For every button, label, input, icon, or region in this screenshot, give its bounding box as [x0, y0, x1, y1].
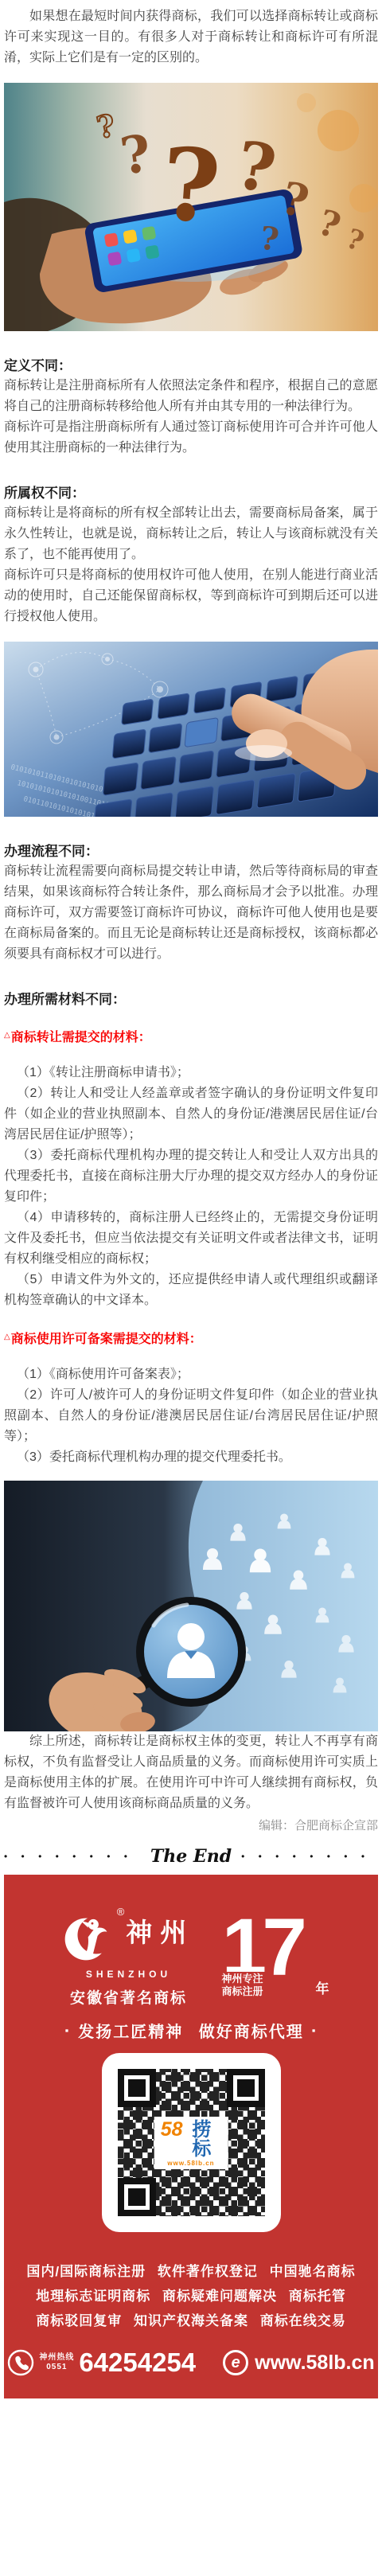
tagline-bullet-left: ▪: [65, 2025, 71, 2035]
conclusion-paragraph: 综上所述，商标转让是商标权主体的变更，转让人不再享有商标权，不负有监督受让人商品…: [4, 1731, 378, 1814]
intro-paragraph: 如果想在最短时间内获得商标，我们可以选择商标转让或商标许可来实现这一目的。有很多…: [4, 6, 378, 68]
materials-list-transfer: （1）《转让注册商标申请书》； （2）转让人和受让人经盖章或者签字确认的身份证明…: [4, 1063, 378, 1311]
hotline-number: 64254254: [79, 2348, 196, 2378]
divider-dots-left: • • • • • • • • • • • •: [4, 1851, 141, 1862]
materials-title-transfer-text: 商标转让需提交的材料：: [11, 1031, 151, 1044]
phone-icon: [7, 2349, 34, 2376]
magnifier-people-illustration: [4, 1481, 378, 1731]
section-heading-process: 办理流程不同：: [4, 842, 378, 861]
hotline-block: 神州热线 0551 64254254: [7, 2348, 196, 2378]
section-heading-ownership: 所属权不同：: [4, 484, 378, 503]
years-caption-line1: 神州专注: [222, 1973, 263, 1985]
footer-banner: ® 神州 SHENZHOU 安徽省著名商标 17 神州专注 商标注册 年 ▪ 发…: [4, 1875, 378, 2398]
services-line-1: 国内/国际商标注册 软件著作权登记 中国驰名商标: [4, 2259, 378, 2284]
list-item: （5）申请文件为外文的，还应提供经申请人或代理组织或翻译机构签章确认的中文译本。: [4, 1270, 378, 1311]
hotline-area-code: 0551: [39, 2363, 74, 2372]
paragraph-ownership-license: 商标许可只是将商标的使用权许可他人使用，在别人能进行商业活动的使用时，自己还能保…: [4, 565, 378, 627]
editor-byline: 编辑：合肥商标企宣部: [4, 1817, 378, 1835]
question-marks-illustration: ? ? ? ? ? ? ? ?: [4, 83, 378, 331]
qr-finder-top-left: [118, 2069, 156, 2107]
paragraph-definition-transfer: 商标转让是注册商标所有人依照法定条件和程序，根据自己的意愿将自己的注册商标转移给…: [4, 376, 378, 417]
qr-logo-url: www.58lb.cn: [161, 2160, 222, 2167]
triangle-marker-icon: △: [4, 1031, 10, 1040]
list-item: （2）转让人和受让人经盖章或者签字确认的身份证明文件复印件（如企业的营业执照副本…: [4, 1083, 378, 1146]
qr-center-logo: 58 捞标 www.58lb.cn: [154, 2117, 228, 2169]
the-end-label: The End: [150, 1846, 232, 1867]
materials-title-license: △商标使用许可备案需提交的材料：: [4, 1327, 378, 1350]
list-item: （1）《转让注册商标申请书》；: [4, 1063, 378, 1083]
section-heading-materials: 办理所需材料不同：: [4, 990, 378, 1009]
materials-list-license: （1）《商标使用许可备案表》； （2）许可人/被许可人的身份证明文件复印件（如企…: [4, 1364, 378, 1468]
svg-text:?: ?: [158, 126, 224, 246]
the-end-divider: • • • • • • • • • • • • The End • • • • …: [4, 1846, 378, 1867]
list-item: （2）许可人/被许可人的身份证明文件复印件（如企业的营业执照副本、自然人的身份证…: [4, 1385, 378, 1447]
website-url: www.58lb.cn: [255, 2352, 375, 2375]
paragraph-process: 商标转让流程需要向商标局提交转让申请，然后等待商标局的审查结果，如果该商标符合转…: [4, 861, 378, 965]
website-block: e www.58lb.cn: [223, 2350, 375, 2375]
list-item: （3）委托商标代理机构办理的提交代理委托书。: [4, 1447, 378, 1468]
question-marks-photo: ? ? ? ? ? ? ? ?: [4, 83, 378, 331]
article-page: 如果想在最短时间内获得商标，我们可以选择商标转让或商标许可来实现这一目的。有很多…: [0, 0, 382, 2421]
services-line-3: 商标驳回复审 知识产权海关备案 商标在线交易: [4, 2309, 378, 2333]
shenzhou-bird-logo-icon: [63, 1908, 115, 1967]
hotline-label: 神州热线: [39, 2353, 74, 2363]
years-caption-line2: 商标注册: [222, 1985, 263, 1998]
tagline-bullet-right: ▪: [312, 2025, 318, 2035]
list-item: （3）委托商标代理机构办理的提交转让人和受让人双方出具的代理委托书，直接在商标注…: [4, 1146, 378, 1208]
materials-title-license-text: 商标使用许可备案需提交的材料：: [11, 1333, 202, 1346]
qr-finder-top-right: [227, 2069, 265, 2107]
list-item: （1）《商标使用许可备案表》；: [4, 1364, 378, 1385]
paragraph-ownership-transfer: 商标转让是将商标的所有权全部转让出去，需要商标局备案，属于永久性转让，也就是说，…: [4, 503, 378, 565]
brand-block: ® 神州 SHENZHOU 安徽省著名商标: [53, 1908, 205, 2008]
contact-row: 神州热线 0551 64254254 e www.58lb.cn: [4, 2348, 378, 2378]
tagline-text: 发扬工匠精神 做好商标代理: [78, 2019, 304, 2042]
section-heading-definition: 定义不同：: [4, 357, 378, 376]
keyboard-photo: 01010101101010101010101 1010101010101010…: [4, 642, 378, 817]
finger-keyboard-illustration: 01010101101010101010101 1010101010101010…: [4, 642, 378, 817]
brand-row: ® 神州 SHENZHOU 安徽省著名商标 17 神州专注 商标注册 年: [4, 1908, 378, 2008]
qr-logo-laobiao: 捞标: [183, 2121, 222, 2159]
brand-honor: 安徽省著名商标: [53, 1986, 205, 2008]
brand-name-en: SHENZHOU: [53, 1969, 205, 1980]
qr-pattern: 58 捞标 www.58lb.cn: [118, 2069, 265, 2216]
list-item: （4）申请移转的，商标注册人已经终止的，无需提交身份证明文件及委托书，但应当依法…: [4, 1208, 378, 1270]
years-unit: 年: [316, 1977, 329, 1997]
qr-finder-bottom-left: [118, 2178, 156, 2216]
registered-mark: ®: [117, 1907, 125, 1917]
bottom-whitespace: [0, 2398, 382, 2421]
hotline-label-block: 神州热线 0551: [39, 2353, 74, 2372]
brand-name-cn: 神州: [126, 1918, 194, 1948]
paragraph-definition-license: 商标许可是指注册商标所有人通过签订商标使用许可合并许可他人使用其注册商标的一种法…: [4, 417, 378, 459]
services-list: 国内/国际商标注册 软件著作权登记 中国驰名商标 地理标志证明商标 商标疑难问题…: [4, 2259, 378, 2333]
footer-tagline: ▪ 发扬工匠精神 做好商标代理 ▪: [4, 2019, 378, 2042]
divider-dots-right: • • • • • • • • • • • •: [241, 1851, 378, 1862]
article-content: 如果想在最短时间内获得商标，我们可以选择商标转让或商标许可来实现这一目的。有很多…: [0, 0, 382, 1867]
years-caption: 神州专注 商标注册: [222, 1972, 265, 1999]
qr-logo-58: 58: [161, 2120, 183, 2140]
qr-code: 58 捞标 www.58lb.cn: [102, 2053, 281, 2232]
materials-title-transfer: △商标转让需提交的材料：: [4, 1025, 378, 1048]
services-line-2: 地理标志证明商标 商标疑难问题解决 商标托管: [4, 2284, 378, 2309]
browser-e-icon: e: [223, 2350, 248, 2375]
magnifier-photo: [4, 1481, 378, 1731]
triangle-marker-icon: △: [4, 1333, 10, 1341]
years-badge: 17 神州专注 商标注册 年: [222, 1908, 329, 2005]
